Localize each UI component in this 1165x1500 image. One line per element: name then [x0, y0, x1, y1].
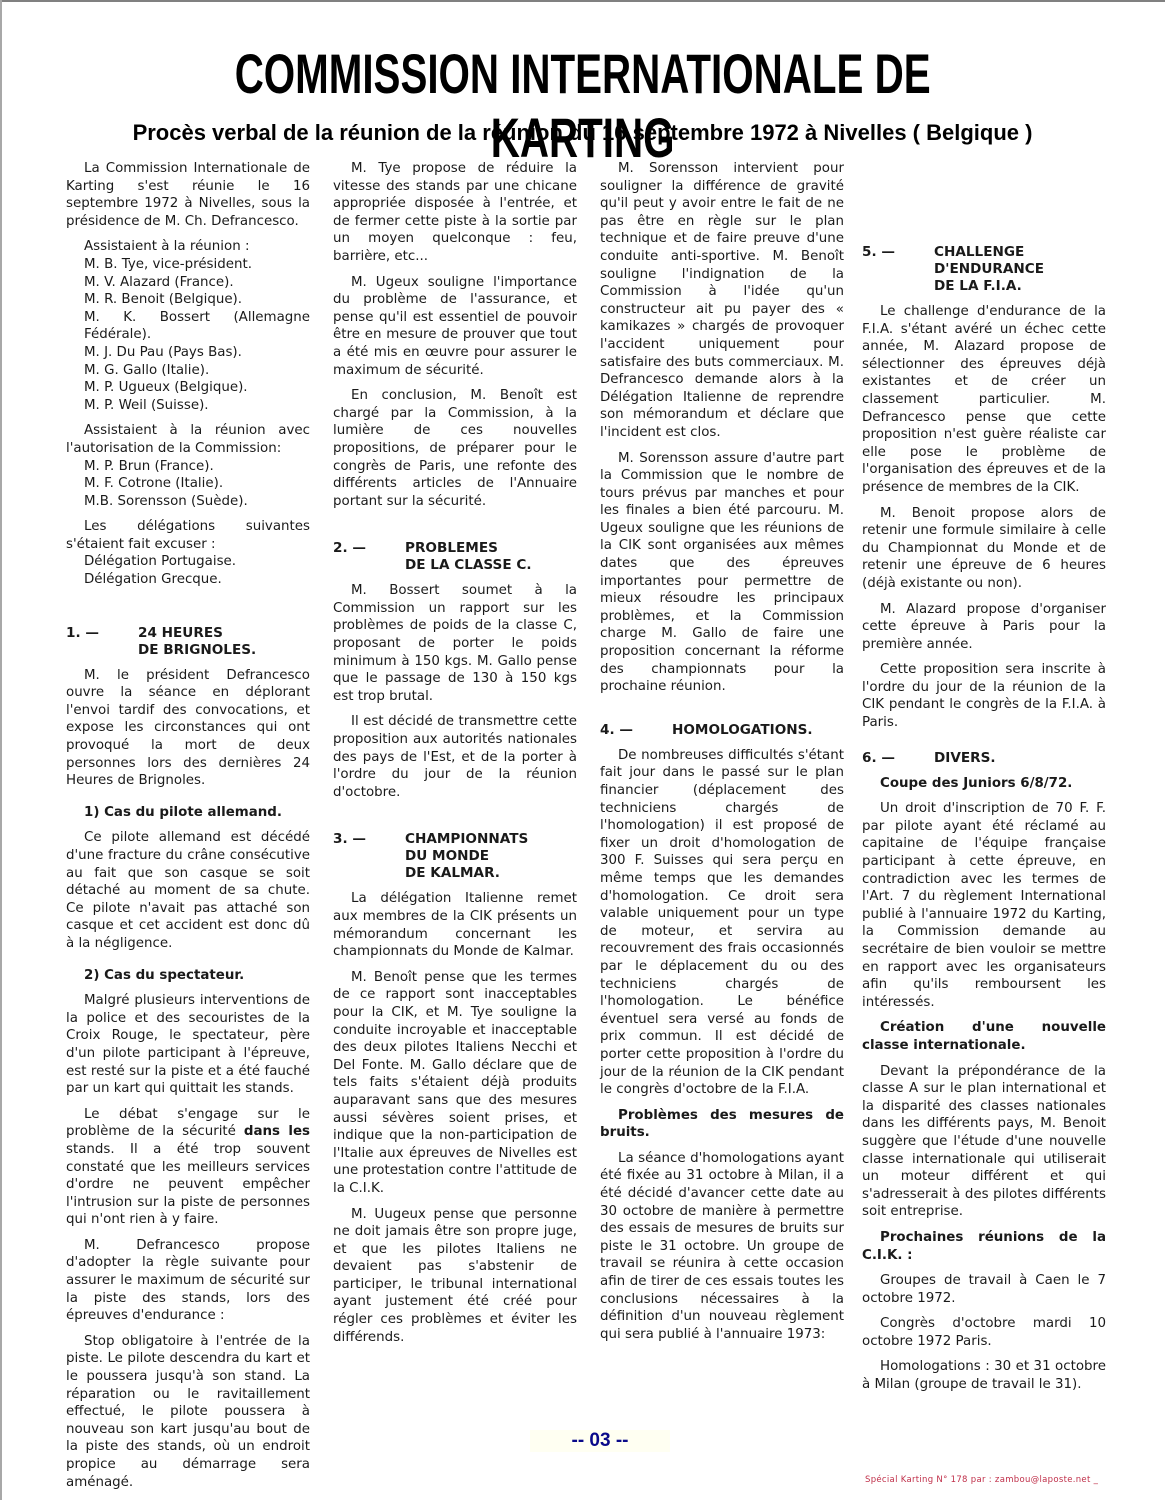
section-heading-1: 1. — 24 HEURES DE BRIGNOLES.	[66, 625, 310, 659]
section-6-paragraph: Un droit d'inscription de 70 F. F. par p…	[862, 800, 1106, 1011]
section-number: 3. —	[333, 831, 405, 882]
section-1-paragraph: Stop obligatoire à l'entrée de la piste.…	[66, 1333, 310, 1491]
section-title: CHAMPIONNATS DU MONDE DE KALMAR.	[405, 831, 528, 882]
section-title: DIVERS.	[934, 750, 996, 767]
page-border-left	[0, 0, 2, 1500]
subheading-spectateur: 2) Cas du spectateur.	[66, 967, 310, 985]
section-heading-6: 6. — DIVERS.	[862, 750, 1106, 767]
excused-label: Les délégations suivantes s'étaient fait…	[66, 518, 310, 553]
subheading-coupe-juniors: Coupe des Juniors 6/8/72.	[862, 775, 1106, 793]
section-heading-3: 3. — CHAMPIONNATS DU MONDE DE KALMAR.	[333, 831, 577, 882]
section-heading-2: 2. — PROBLEMES DE LA CLASSE C.	[333, 540, 577, 574]
section-5-paragraph: M. Alazard propose d'organiser cette épr…	[862, 601, 1106, 654]
section-1-paragraph: Ce pilote allemand est décédé d'une frac…	[66, 829, 310, 952]
section-4-paragraph: La séance d'homologations ayant été fixé…	[600, 1150, 844, 1344]
subheading-nouvelle-classe: Création d'une nouvelle classe internati…	[862, 1019, 1106, 1054]
section-heading-4: 4. — HOMOLOGATIONS.	[600, 722, 844, 739]
section-6-paragraph: Homologations : 30 et 31 octobre à Milan…	[862, 1358, 1106, 1393]
section-1-paragraph: M. Tye propose de réduire la vitesse des…	[333, 160, 577, 266]
page-subtitle: Procès verbal de la réunion de la réunio…	[0, 118, 1165, 148]
credit-line: Spécial Karting N° 178 par : zambou@lapo…	[865, 1475, 1098, 1485]
section-2-paragraph: Il est décidé de transmettre cette propo…	[333, 713, 577, 801]
page-border-top	[0, 0, 1165, 2]
page-title: COMMISSION INTERNATIONALE DE KARTING	[163, 42, 1002, 170]
section-number: 2. —	[333, 540, 405, 574]
guests-label: Assistaient à la réunion avec l'autorisa…	[66, 422, 310, 457]
section-5-paragraph: Cette proposition sera inscrite à l'ordr…	[862, 661, 1106, 731]
section-6-paragraph: Groupes de travail à Caen le 7 octobre 1…	[862, 1272, 1106, 1307]
section-heading-5: 5. — CHALLENGE D'ENDURANCE DE LA F.I.A.	[862, 244, 1106, 295]
subheading-pilote-allemand: 1) Cas du pilote allemand.	[66, 804, 310, 822]
section-number: 4. —	[600, 722, 672, 739]
section-3-paragraph: M. Uugeux pense que personne ne doit jam…	[333, 1206, 577, 1347]
section-3-paragraph: M. Sorensson intervient pour souligner l…	[600, 160, 844, 442]
attendee-item: M. P. Weil (Suisse).	[66, 397, 310, 415]
section-1-paragraph: M. Ugeux souligne l'importance du problè…	[333, 274, 577, 380]
attendee-item: M. R. Benoit (Belgique).	[66, 291, 310, 309]
attendee-item: M. K. Bossert (Allemagne Fédérale).	[66, 309, 310, 344]
page-number: -- 03 --	[530, 1430, 670, 1452]
section-1-paragraph: Le débat s'engage sur le problème de la …	[66, 1106, 310, 1229]
attendee-item: M. J. Du Pau (Pays Bas).	[66, 344, 310, 362]
guests-list: M. P. Brun (France). M. F. Cotrone (Ital…	[66, 458, 310, 511]
section-1-paragraph: Malgré plusieurs interventions de la pol…	[66, 992, 310, 1098]
guest-item: M. F. Cotrone (Italie).	[66, 475, 310, 493]
excused-item: Délégation Portugaise.	[66, 553, 310, 571]
section-1-paragraph: En conclusion, M. Benoît est chargé par …	[333, 387, 577, 510]
section-number: 5. —	[862, 244, 934, 295]
section-number: 1. —	[66, 625, 138, 659]
guest-item: M.B. Sorensson (Suède).	[66, 493, 310, 511]
section-4-paragraph: De nombreuses difficultés s'étant fait j…	[600, 747, 844, 1099]
attendees-label: Assistaient à la réunion :	[66, 238, 310, 256]
section-3-paragraph: M. Benoît pense que les termes de ce rap…	[333, 969, 577, 1198]
column-4: 5. — CHALLENGE D'ENDURANCE DE LA F.I.A. …	[862, 160, 1106, 1402]
attendee-item: M. B. Tye, vice-président.	[66, 256, 310, 274]
column-3: M. Sorensson intervient pour souligner l…	[600, 160, 844, 1351]
section-3-paragraph: M. Sorensson assure d'autre part la Comm…	[600, 450, 844, 696]
section-6-paragraph: Congrès d'octobre mardi 10 octobre 1972 …	[862, 1315, 1106, 1350]
intro-paragraph: La Commission Internationale de Karting …	[66, 160, 310, 230]
text-run: stands. Il a été trop souvent constaté q…	[66, 1142, 310, 1227]
column-2: M. Tye propose de réduire la vitesse des…	[333, 160, 577, 1354]
guest-item: M. P. Brun (France).	[66, 458, 310, 476]
column-1: La Commission Internationale de Karting …	[66, 160, 310, 1499]
attendee-item: M. V. Alazard (France).	[66, 274, 310, 292]
subheading-prochaines-reunions: Prochaines réunions de la C.I.K. :	[862, 1229, 1106, 1264]
section-number: 6. —	[862, 750, 934, 767]
subheading-mesures-bruits: Problèmes des mesures de bruits.	[600, 1107, 844, 1142]
excused-item: Délégation Grecque.	[66, 571, 310, 589]
section-6-paragraph: Devant la prépondérance de la classe A s…	[862, 1063, 1106, 1221]
section-title: CHALLENGE D'ENDURANCE DE LA F.I.A.	[934, 244, 1044, 295]
section-title: 24 HEURES DE BRIGNOLES.	[138, 625, 256, 659]
attendee-item: M. P. Ugueux (Belgique).	[66, 379, 310, 397]
section-title: HOMOLOGATIONS.	[672, 722, 813, 739]
attendees-list: M. B. Tye, vice-président. M. V. Alazard…	[66, 256, 310, 414]
section-2-paragraph: M. Bossert soumet à la Commission un rap…	[333, 582, 577, 705]
section-3-paragraph: La délégation Italienne remet aux membre…	[333, 890, 577, 960]
excused-list: Délégation Portugaise. Délégation Grecqu…	[66, 553, 310, 588]
bold-text-run: dans les	[244, 1124, 310, 1139]
section-5-paragraph: Le challenge d'endurance de la F.I.A. s'…	[862, 303, 1106, 497]
section-1-paragraph: M. Defrancesco propose d'adopter la règl…	[66, 1237, 310, 1325]
attendee-item: M. G. Gallo (Italie).	[66, 362, 310, 380]
section-1-paragraph: M. le président Defrancesco ouvre la séa…	[66, 667, 310, 790]
section-title: PROBLEMES DE LA CLASSE C.	[405, 540, 532, 574]
section-5-paragraph: M. Benoit propose alors de retenir une f…	[862, 505, 1106, 593]
